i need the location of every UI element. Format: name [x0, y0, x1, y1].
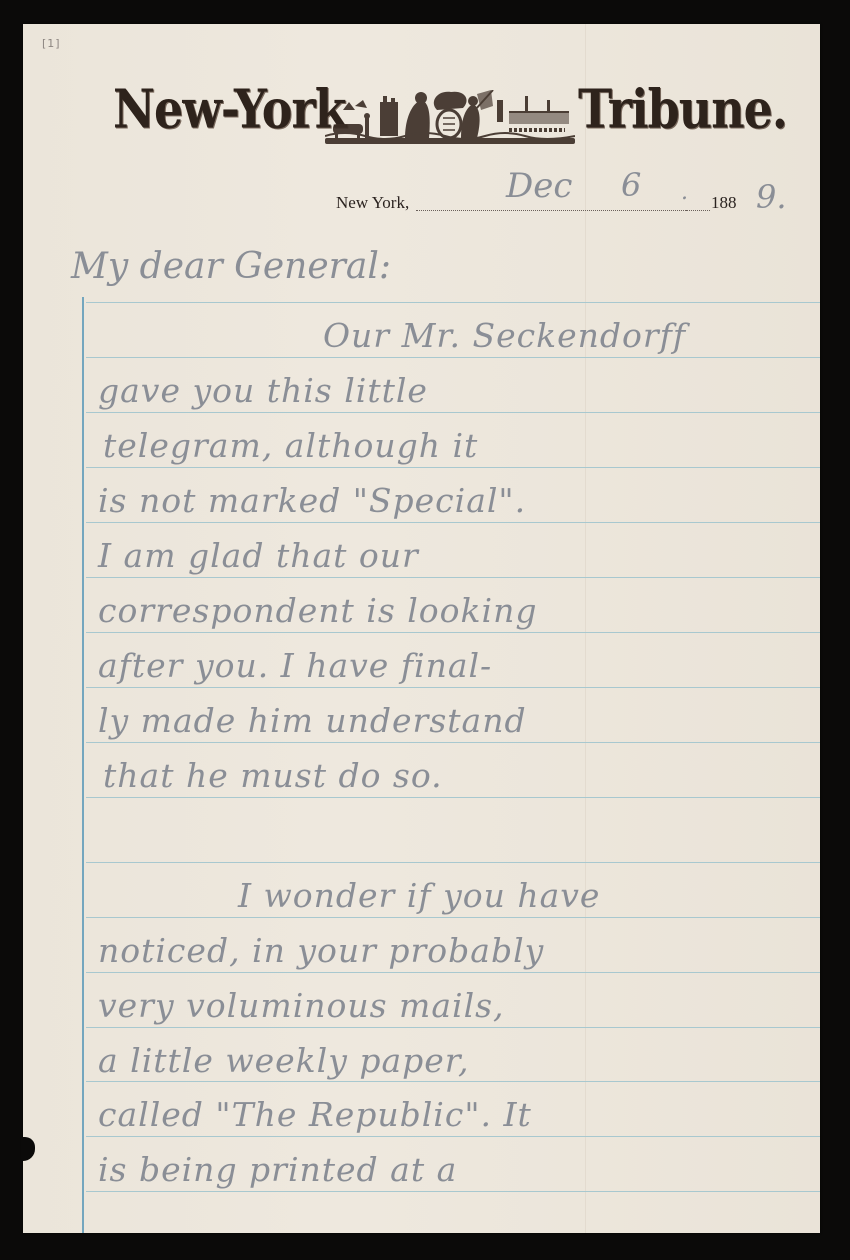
letterhead-title-right: Tribune.: [578, 78, 787, 140]
ruled-line: [86, 522, 820, 523]
ruled-line: [86, 1081, 820, 1082]
ruled-line: [86, 687, 820, 688]
ruled-line: [86, 917, 820, 918]
dateline-month: Dec: [506, 166, 572, 206]
dateline-city: New York,: [336, 193, 409, 213]
dateline-year-suffix: 9.: [756, 178, 787, 216]
salutation: My dear General:: [71, 246, 391, 287]
ruled-line: [86, 1191, 820, 1192]
dateline-dotted-rule: [416, 210, 708, 211]
body-line: that he must do so.: [103, 756, 443, 795]
body-line: gave you this little: [98, 371, 428, 410]
ruled-line: [86, 577, 820, 578]
ruled-line: [86, 467, 820, 468]
ruled-line: [86, 302, 820, 303]
dateline-day: 6: [621, 166, 641, 204]
ruled-line: [86, 632, 820, 633]
ruled-line: [86, 1136, 820, 1137]
margin-line: [82, 297, 84, 1233]
letterhead: New-York: [23, 76, 820, 146]
body-line: after you. I have final-: [98, 646, 492, 685]
ruled-line: [86, 1027, 820, 1028]
body-line: I am glad that our: [98, 536, 419, 575]
body-line: telegram, although it: [103, 426, 478, 465]
ruled-line: [86, 797, 820, 798]
body-line: correspondent is looking: [98, 591, 537, 630]
body-line: ly made him understand: [98, 701, 527, 740]
body-line: very voluminous mails,: [98, 986, 505, 1025]
body-line: a little weekly paper,: [98, 1041, 469, 1080]
body-line: called "The Republic". It: [98, 1095, 532, 1134]
ruled-line: [86, 862, 820, 863]
ruled-line: [86, 412, 820, 413]
dateline-year-prefix: 188: [711, 193, 737, 213]
ruled-line: [86, 972, 820, 973]
body-line: is being printed at a: [98, 1150, 457, 1189]
engraving-vignette-icon: [325, 90, 575, 148]
corner-tear: [21, 1137, 35, 1161]
letterhead-title-left: New-York: [113, 78, 346, 140]
dateline-period: .: [681, 180, 688, 205]
body-line: I wonder if you have: [238, 876, 600, 915]
body-line: noticed, in your probably: [98, 931, 544, 970]
ruled-line: [86, 357, 820, 358]
archive-page-mark: [1]: [42, 37, 61, 50]
dateline: New York, Dec 6 . 188 9.: [336, 166, 796, 216]
ruled-line: [86, 742, 820, 743]
body-line: is not marked "Special".: [98, 481, 526, 520]
letter-page: [1] New-York: [23, 24, 820, 1233]
dateline-dotted-rule-2: [686, 210, 710, 211]
body-line: Our Mr. Seckendorff: [323, 316, 686, 355]
